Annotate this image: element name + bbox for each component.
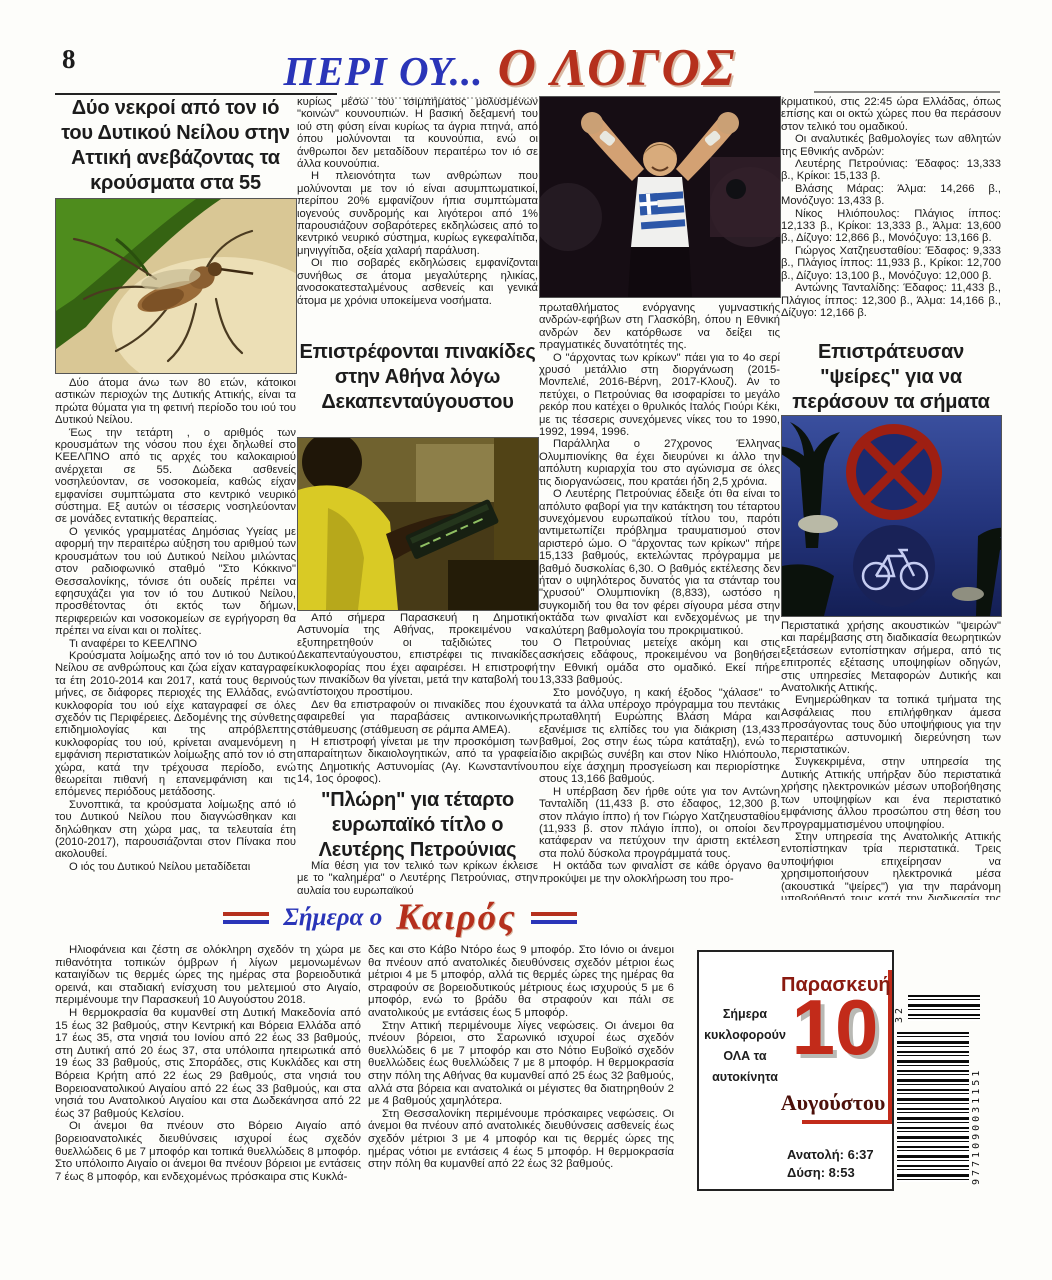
petrounias-scores: κριματικού, στις 22:45 ώρα Ελλάδας, όπως… [781, 96, 1001, 336]
paragraph: κυρίως μέσω του τσιμπήματος μολυσμένων "… [297, 96, 538, 170]
gymnast-illustration [540, 97, 780, 297]
barcode-issue-number: 32 [894, 993, 905, 1023]
paragraph: Η πλειονότητα των ανθρώπων που μολύνοντα… [297, 170, 538, 257]
sun-times: Ανατολή: 6:37 Δύση: 8:53 [787, 1146, 874, 1182]
circulation-note: Σήμερα κυκλοφορούν ΟΛΑ τα αυτοκίνητα [703, 1004, 787, 1088]
west-nile-continuation: κυρίως μέσω του τσιμπήματος μολυσμένων "… [297, 96, 538, 334]
paragraph: Αντώνης Τανταλίδης: Έδαφος: 11,433 β., Π… [781, 282, 1001, 319]
paragraph: Γιώργος Χατζηευσταθίου: Έδαφος: 9,333 β.… [781, 245, 1001, 282]
paragraph: Στην Αττική περιμένουμε λίγες νεφώσεις. … [368, 1020, 674, 1108]
paragraph: Οι άνεμοι θα πνέουν στο Βόρειο Αιγαίο απ… [55, 1120, 361, 1183]
petrounias-body: πρωταθλήματος ενόργανης γυμναστικής ανδρ… [539, 302, 780, 899]
paragraph: Παράλληλα ο 27χρονος Έλληνας Ολυμπιονίκη… [539, 438, 780, 488]
paragraph: Συγκεκριμένα, στην υπηρεσία της Δυτικής … [781, 756, 1001, 830]
west-nile-body: Δύο άτομα άνω των 80 ετών, κάτοικοι αστι… [55, 377, 296, 899]
paragraph: Περιστατικά χρήσης ακουστικών "ψειρών" κ… [781, 620, 1001, 694]
paragraph: δες και στο Κάβο Ντόρο έως 9 μποφόρ. Στο… [368, 944, 674, 1020]
earpieces-headline: Επιστράτευσαν "ψείρες" για να περάσουν τ… [781, 340, 1001, 415]
paragraph: Νίκος Ηλιόπουλος: Πλάγιος ίππος: 12,133 … [781, 208, 1001, 245]
circulation-line: κυκλοφορούν [703, 1025, 787, 1046]
paragraph: Μία θέση για τον τελικό των κρίκων έκλει… [297, 860, 538, 897]
earpieces-body: Περιστατικά χρήσης ακουστικών "ψειρών" κ… [781, 620, 1001, 900]
paragraph: κριματικού, στις 22:45 ώρα Ελλάδας, όπως… [781, 96, 1001, 133]
calendar-month: Αυγούστου [777, 1090, 889, 1116]
paragraph: Δεν θα επιστραφούν οι πινακίδες που έχου… [297, 699, 538, 736]
barcode-main-bars [897, 1032, 969, 1182]
paragraph: Ο Πετρούνιας μετείχε ακόμη και στις ασκή… [539, 637, 780, 687]
weather-kicker: Σήμερα ο [283, 904, 382, 932]
weather-column-left: Ηλιοφάνεια και ζέστη σε ολόκληρη σχεδόν … [55, 944, 361, 1230]
paragraph: Δύο άτομα άνω των 80 ετών, κάτοικοι αστι… [55, 377, 296, 427]
weather-rule-left [223, 912, 269, 924]
plates-body: Από σήμερα Παρασκευή η Δημοτική Αστυνομί… [297, 612, 538, 784]
sunset-time: Δύση: 8:53 [787, 1164, 874, 1182]
weather-title: Καιρός [396, 896, 516, 939]
weather-header: Σήμερα ο Καιρός [140, 896, 660, 939]
paragraph: Συνοπτικά, τα κρούσματα λοίμωξης από ιό … [55, 799, 296, 861]
paragraph: Ο γενικός γραμματέας Δημόσιας Υγείας με … [55, 526, 296, 638]
license-plates-photo [297, 437, 539, 611]
paragraph: Ο Λευτέρης Πετρούνιας έδειξε ότι θα είνα… [539, 488, 780, 637]
paragraph: Στο μονόζυγο, η κακή έξοδος "χάλασε" το … [539, 687, 780, 786]
paragraph: Οι πιο σοβαρές εκδηλώσεις εμφανίζονται σ… [297, 257, 538, 307]
sunrise-time: Ανατολή: 6:37 [787, 1146, 874, 1164]
masthead-title: Ο ΛΟΓΟΣ [498, 39, 737, 97]
west-nile-headline: Δύο νεκροί από τον ιό του Δυτικού Νείλου… [55, 96, 296, 196]
header-rule-right [814, 91, 1000, 93]
plates-headline: Επιστρέφονται πινακίδες στην Αθήνα λόγω … [297, 340, 538, 415]
paragraph: Από σήμερα Παρασκευή η Δημοτική Αστυνομί… [297, 612, 538, 699]
weather-column-right: δες και στο Κάβο Ντόρο έως 9 μποφόρ. Στο… [368, 944, 674, 1230]
calendar-box: Σήμερα κυκλοφορούν ΟΛΑ τα αυτοκίνητα Παρ… [697, 950, 894, 1191]
header-rule-left [55, 93, 337, 95]
barcode-number: 9771090031151 [971, 1030, 982, 1185]
circulation-line: ΟΛΑ τα [703, 1046, 787, 1067]
paragraph: Ηλιοφάνεια και ζέστη σε ολόκληρη σχεδόν … [55, 944, 361, 1007]
circulation-line: αυτοκίνητα [703, 1067, 787, 1088]
circulation-line: Σήμερα [703, 1004, 787, 1025]
newspaper-page: 8 ΠΕΡΙ ΟΥ...Ο ΛΟΓΟΣ Δύο νεκροί από τον ι… [0, 0, 1052, 1280]
paragraph: Στη Θεσσαλονίκη περιμένουμε πρόσκαιρες ν… [368, 1108, 674, 1171]
page-number: 8 [62, 44, 76, 75]
traffic-signs-photo [781, 415, 1002, 617]
paragraph: Ο ιός του Δυτικού Νείλου μεταδίδεται [55, 861, 296, 873]
paragraph: Τι αναφέρει το ΚΕΕΛΠΝΟ [55, 638, 296, 650]
paragraph: Η οκτάδα των φιναλίστ σε κάθε όργανο θα … [539, 860, 780, 885]
paragraph: Η θερμοκρασία θα κυμανθεί στη Δυτική Μακ… [55, 1007, 361, 1120]
traffic-signs-illustration [782, 416, 1001, 616]
paragraph: Ο "άρχοντας των κρίκων" πάει για το 4ο σ… [539, 352, 780, 439]
paragraph: Κρούσματα λοίμωξης από τον ιό του Δυτικο… [55, 650, 296, 799]
paragraph: Ενημερώθηκαν τα τοπικά τμήματα της Ασφάλ… [781, 694, 1001, 756]
paragraph: Η υπέρβαση δεν ήρθε ούτε για τον Αντώνη … [539, 786, 780, 860]
weather-rule-right [531, 912, 577, 924]
mosquito-photo [55, 198, 297, 374]
paragraph: Έως την τετάρτη , ο αριθμός των κρουσμάτ… [55, 427, 296, 526]
paragraph: πρωταθλήματος ενόργανης γυμναστικής ανδρ… [539, 302, 780, 352]
petrounias-lead: Μία θέση για τον τελικό των κρίκων έκλει… [297, 860, 538, 900]
mosquito-illustration [56, 199, 296, 373]
paragraph: Βλάσης Μάρας: Άλμα: 14,266 β., Μονόζυγο:… [781, 183, 1001, 208]
license-plates-illustration [298, 438, 538, 610]
paragraph: Η επιστροφή γίνεται με την προσκόμιση τω… [297, 736, 538, 784]
gymnast-photo [539, 96, 781, 298]
calendar-date: 10 [785, 988, 885, 1066]
paragraph: Οι αναλυτικές βαθμολογίες των αθλητών τη… [781, 133, 1001, 158]
masthead: ΠΕΡΙ ΟΥ...Ο ΛΟΓΟΣ [150, 38, 870, 98]
masthead-kicker: ΠΕΡΙ ΟΥ... [283, 48, 483, 94]
barcode-issue-bars [908, 995, 980, 1021]
petrounias-headline: "Πλώρη" για τέταρτο ευρωπαϊκό τίτλο ο Λε… [297, 788, 538, 863]
paragraph: Λευτέρης Πετρούνιας: Έδαφος: 13,333 β., … [781, 158, 1001, 183]
paragraph: Στην υπηρεσία της Ανατολικής Αττικής εντ… [781, 831, 1001, 900]
